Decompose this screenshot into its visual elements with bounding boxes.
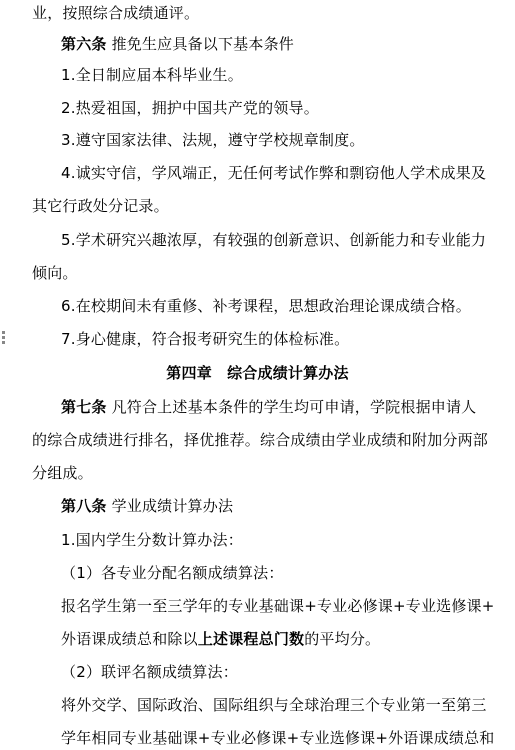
article-label: 第六条 [61, 35, 107, 53]
list-item: 4.诚实守信，学风端正，无任何考试作弊和剽窃他人学术成果及 [61, 163, 507, 183]
article-7-heading: 第七条 凡符合上述基本条件的学生均可申请，学院根据申请人 [61, 397, 507, 417]
paragraph-line: 将外交学、国际政治、国际组织与全球治理三个专业第一至第三 [61, 695, 507, 715]
article-title: 学业成绩计算办法 [107, 497, 234, 515]
chapter-title: 第四章 综合成绩计算办法 [0, 363, 515, 383]
paragraph-line: 的综合成绩进行排名，择优推荐。综合成绩由学业成绩和附加分两部 [32, 430, 478, 450]
article-label: 第七条 [61, 398, 107, 416]
paragraph-line: 学年相同专业基础课+专业必修课+专业选修课+外语课成绩总和 [61, 728, 507, 748]
list-item: 6.在校期间未有重修、补考课程，思想政治理论课成绩合格。 [61, 296, 507, 316]
bold-emphasis: 上述课程总门数 [198, 630, 304, 648]
text-span: 的平均分。 [304, 630, 380, 648]
paragraph-line: 外语课成绩总和除以上述课程总门数的平均分。 [61, 629, 507, 649]
drag-handle-icon[interactable] [2, 331, 6, 349]
article-title: 推免生应具备以下基本条件 [107, 35, 294, 53]
list-item-continuation: 倾向。 [32, 263, 478, 283]
article-8-heading: 第八条 学业成绩计算办法 [61, 496, 507, 516]
sub-item: （2）联评名额成绩算法： [61, 662, 507, 682]
paragraph-line: 分组成。 [32, 463, 478, 483]
article-text: 凡符合上述基本条件的学生均可申请，学院根据申请人 [107, 398, 477, 416]
list-item: 2.热爱祖国，拥护中国共产党的领导。 [61, 98, 507, 118]
list-item: 1.国内学生分数计算办法： [61, 530, 507, 550]
list-item: 5.学术研究兴趣浓厚，有较强的创新意识、创新能力和专业能力 [61, 230, 507, 250]
list-item: 3.遵守国家法律、法规，遵守学校规章制度。 [61, 130, 507, 150]
paragraph-line: 业，按照综合成绩通评。 [32, 3, 478, 23]
paragraph-line: 报名学生第一至三学年的专业基础课+专业必修课+专业选修课+ [61, 596, 507, 616]
text-span: 外语课成绩总和除以 [61, 630, 198, 648]
list-item: 1.全日制应届本科毕业生。 [61, 65, 507, 85]
list-item: 7.身心健康，符合报考研究生的体检标准。 [61, 329, 507, 349]
document-page: 业，按照综合成绩通评。 第六条 推免生应具备以下基本条件 1.全日制应届本科毕业… [0, 0, 515, 750]
sub-item: （1）各专业分配名额成绩算法： [61, 563, 507, 583]
article-6-heading: 第六条 推免生应具备以下基本条件 [61, 34, 507, 54]
article-label: 第八条 [61, 497, 107, 515]
list-item-continuation: 其它行政处分记录。 [32, 196, 478, 216]
